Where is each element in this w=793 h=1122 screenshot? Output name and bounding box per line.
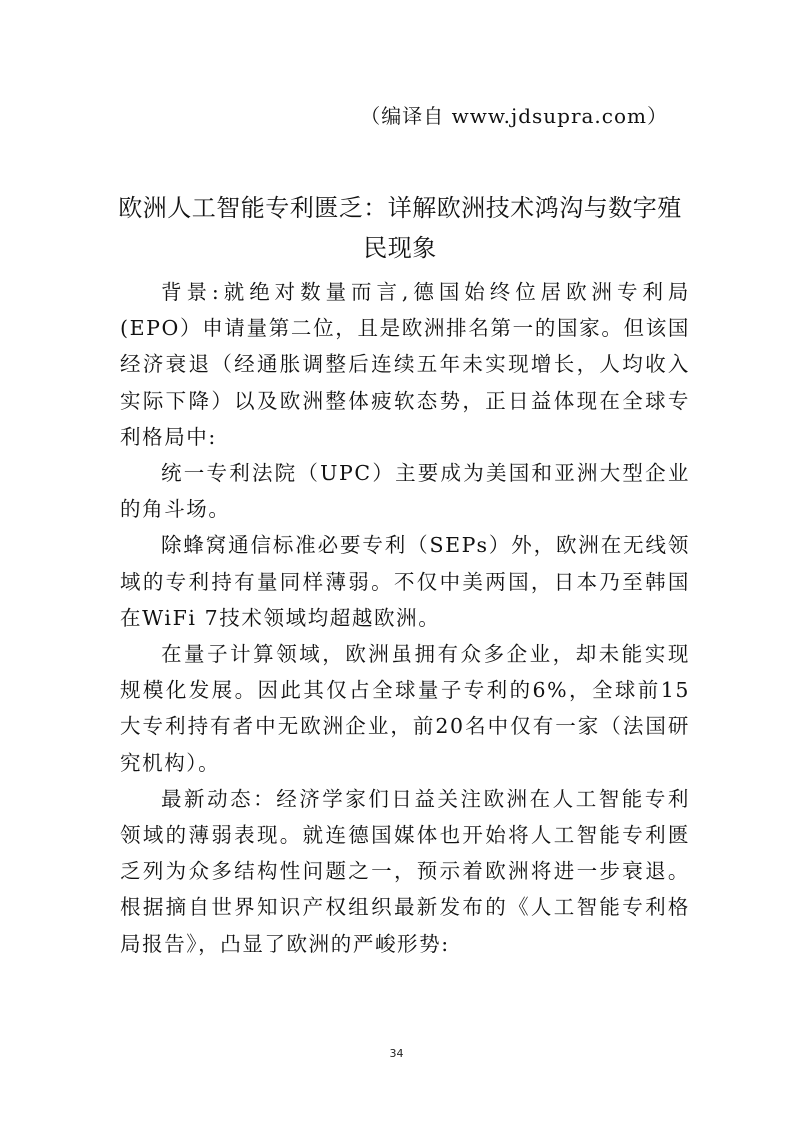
paragraph-background: 背景:就绝对数量而言,德国始终位居欧洲专利局(EPO）申请量第二位，且是欧洲排名… (120, 274, 690, 455)
paragraph-latest: 最新动态：经济学家们日益关注欧洲在人工智能专利领域的薄弱表现。就连德国媒体也开始… (120, 781, 690, 962)
paragraph-upc: 统一专利法院（UPC）主要成为美国和亚洲大型企业的角斗场。 (120, 455, 690, 527)
paragraph-wireless: 除蜂窝通信标准必要专利（SEPs）外，欧洲在无线领域的专利持有量同样薄弱。不仅中… (120, 527, 690, 636)
source-note: （编译自 www.jdsupra.com） (0, 100, 668, 129)
article-body: 背景:就绝对数量而言,德国始终位居欧洲专利局(EPO）申请量第二位，且是欧洲排名… (120, 274, 690, 962)
paragraph-quantum: 在量子计算领域，欧洲虽拥有众多企业，却未能实现规模化发展。因此其仅占全球量子专利… (120, 636, 690, 781)
page-number: 34 (0, 1047, 793, 1060)
article-title: 欧洲人工智能专利匮乏：详解欧洲技术鸿沟与数字殖民现象 (115, 188, 685, 268)
